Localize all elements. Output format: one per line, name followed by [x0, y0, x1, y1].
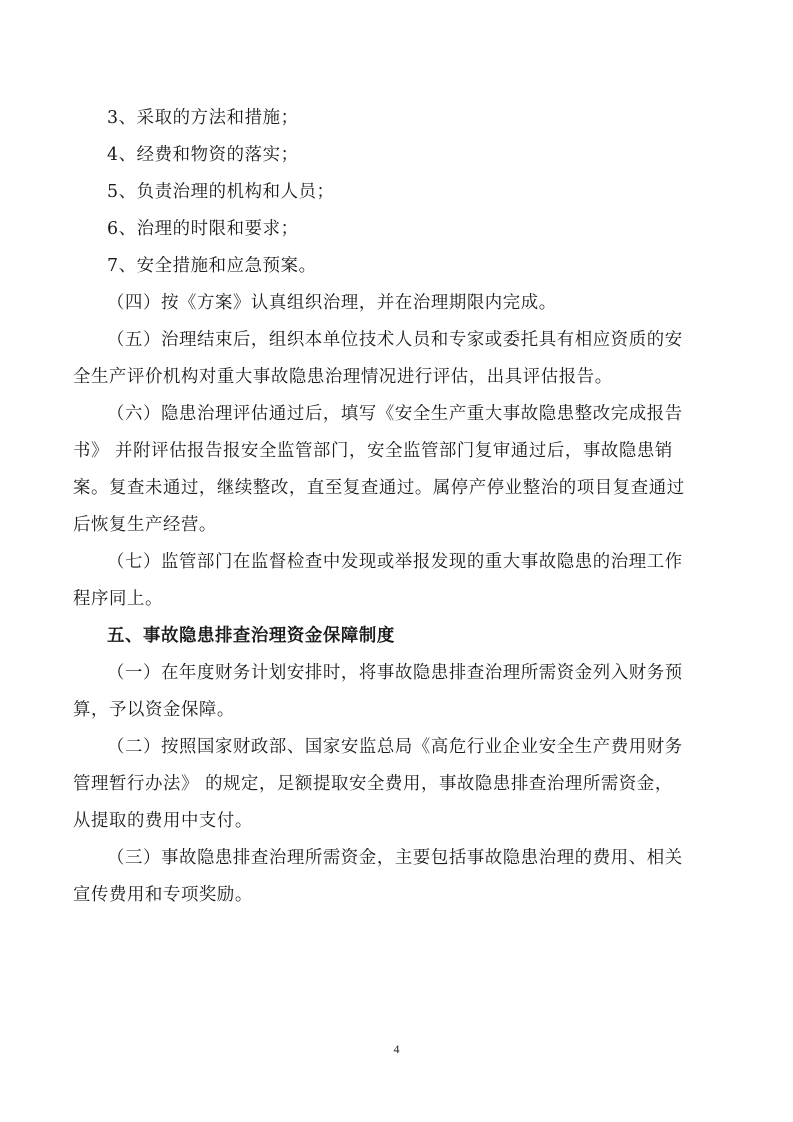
- funding-paragraph-2-line-3: 从提取的费用中支付。: [73, 803, 718, 840]
- funding-paragraph-2-line-2: 管理暂行办法》 的规定，足额提取安全费用，事故隐患排查治理所需资金，: [73, 766, 718, 803]
- funding-paragraph-3-line-2: 宣传费用和专项奖励。: [73, 877, 718, 914]
- paragraph-6-line-2: 书》 并附评估报告报安全监管部门，安全监管部门复审通过后，事故隐患销: [73, 433, 718, 470]
- page-number: 4: [0, 1042, 793, 1057]
- list-item-3: 3、采取的方法和措施；: [73, 100, 718, 137]
- paragraph-6-line-1: （六）隐患治理评估通过后，填写《安全生产重大事故隐患整改完成报告: [73, 396, 718, 433]
- paragraph-5-line-2: 全生产评价机构对重大事故隐患治理情况进行评估，出具评估报告。: [73, 359, 718, 396]
- list-item-4: 4、经费和物资的落实；: [73, 137, 718, 174]
- document-page-body: 3、采取的方法和措施； 4、经费和物资的落实； 5、负责治理的机构和人员； 6、…: [73, 100, 718, 914]
- paragraph-7-line-2: 程序同上。: [73, 581, 718, 618]
- paragraph-6-line-4: 后恢复生产经营。: [73, 507, 718, 544]
- paragraph-4: （四）按《方案》认真组织治理，并在治理期限内完成。: [73, 285, 718, 322]
- list-item-7: 7、安全措施和应急预案。: [73, 248, 718, 285]
- list-item-5: 5、负责治理的机构和人员；: [73, 174, 718, 211]
- paragraph-6-line-3: 案。复查未通过，继续整改，直至复查通过。属停产停业整治的项目复查通过: [73, 470, 718, 507]
- paragraph-5-line-1: （五）治理结束后，组织本单位技术人员和专家或委托具有相应资质的安: [73, 322, 718, 359]
- funding-paragraph-3-line-1: （三）事故隐患排查治理所需资金，主要包括事故隐患治理的费用、相关: [73, 840, 718, 877]
- section-heading-5: 五、事故隐患排查治理资金保障制度: [73, 618, 718, 655]
- funding-paragraph-1-line-2: 算，予以资金保障。: [73, 692, 718, 729]
- funding-paragraph-2-line-1: （二）按照国家财政部、国家安监总局《高危行业企业安全生产费用财务: [73, 729, 718, 766]
- paragraph-7-line-1: （七）监管部门在监督检查中发现或举报发现的重大事故隐患的治理工作: [73, 544, 718, 581]
- funding-paragraph-1-line-1: （一）在年度财务计划安排时，将事故隐患排查治理所需资金列入财务预: [73, 655, 718, 692]
- list-item-6: 6、治理的时限和要求；: [73, 211, 718, 248]
